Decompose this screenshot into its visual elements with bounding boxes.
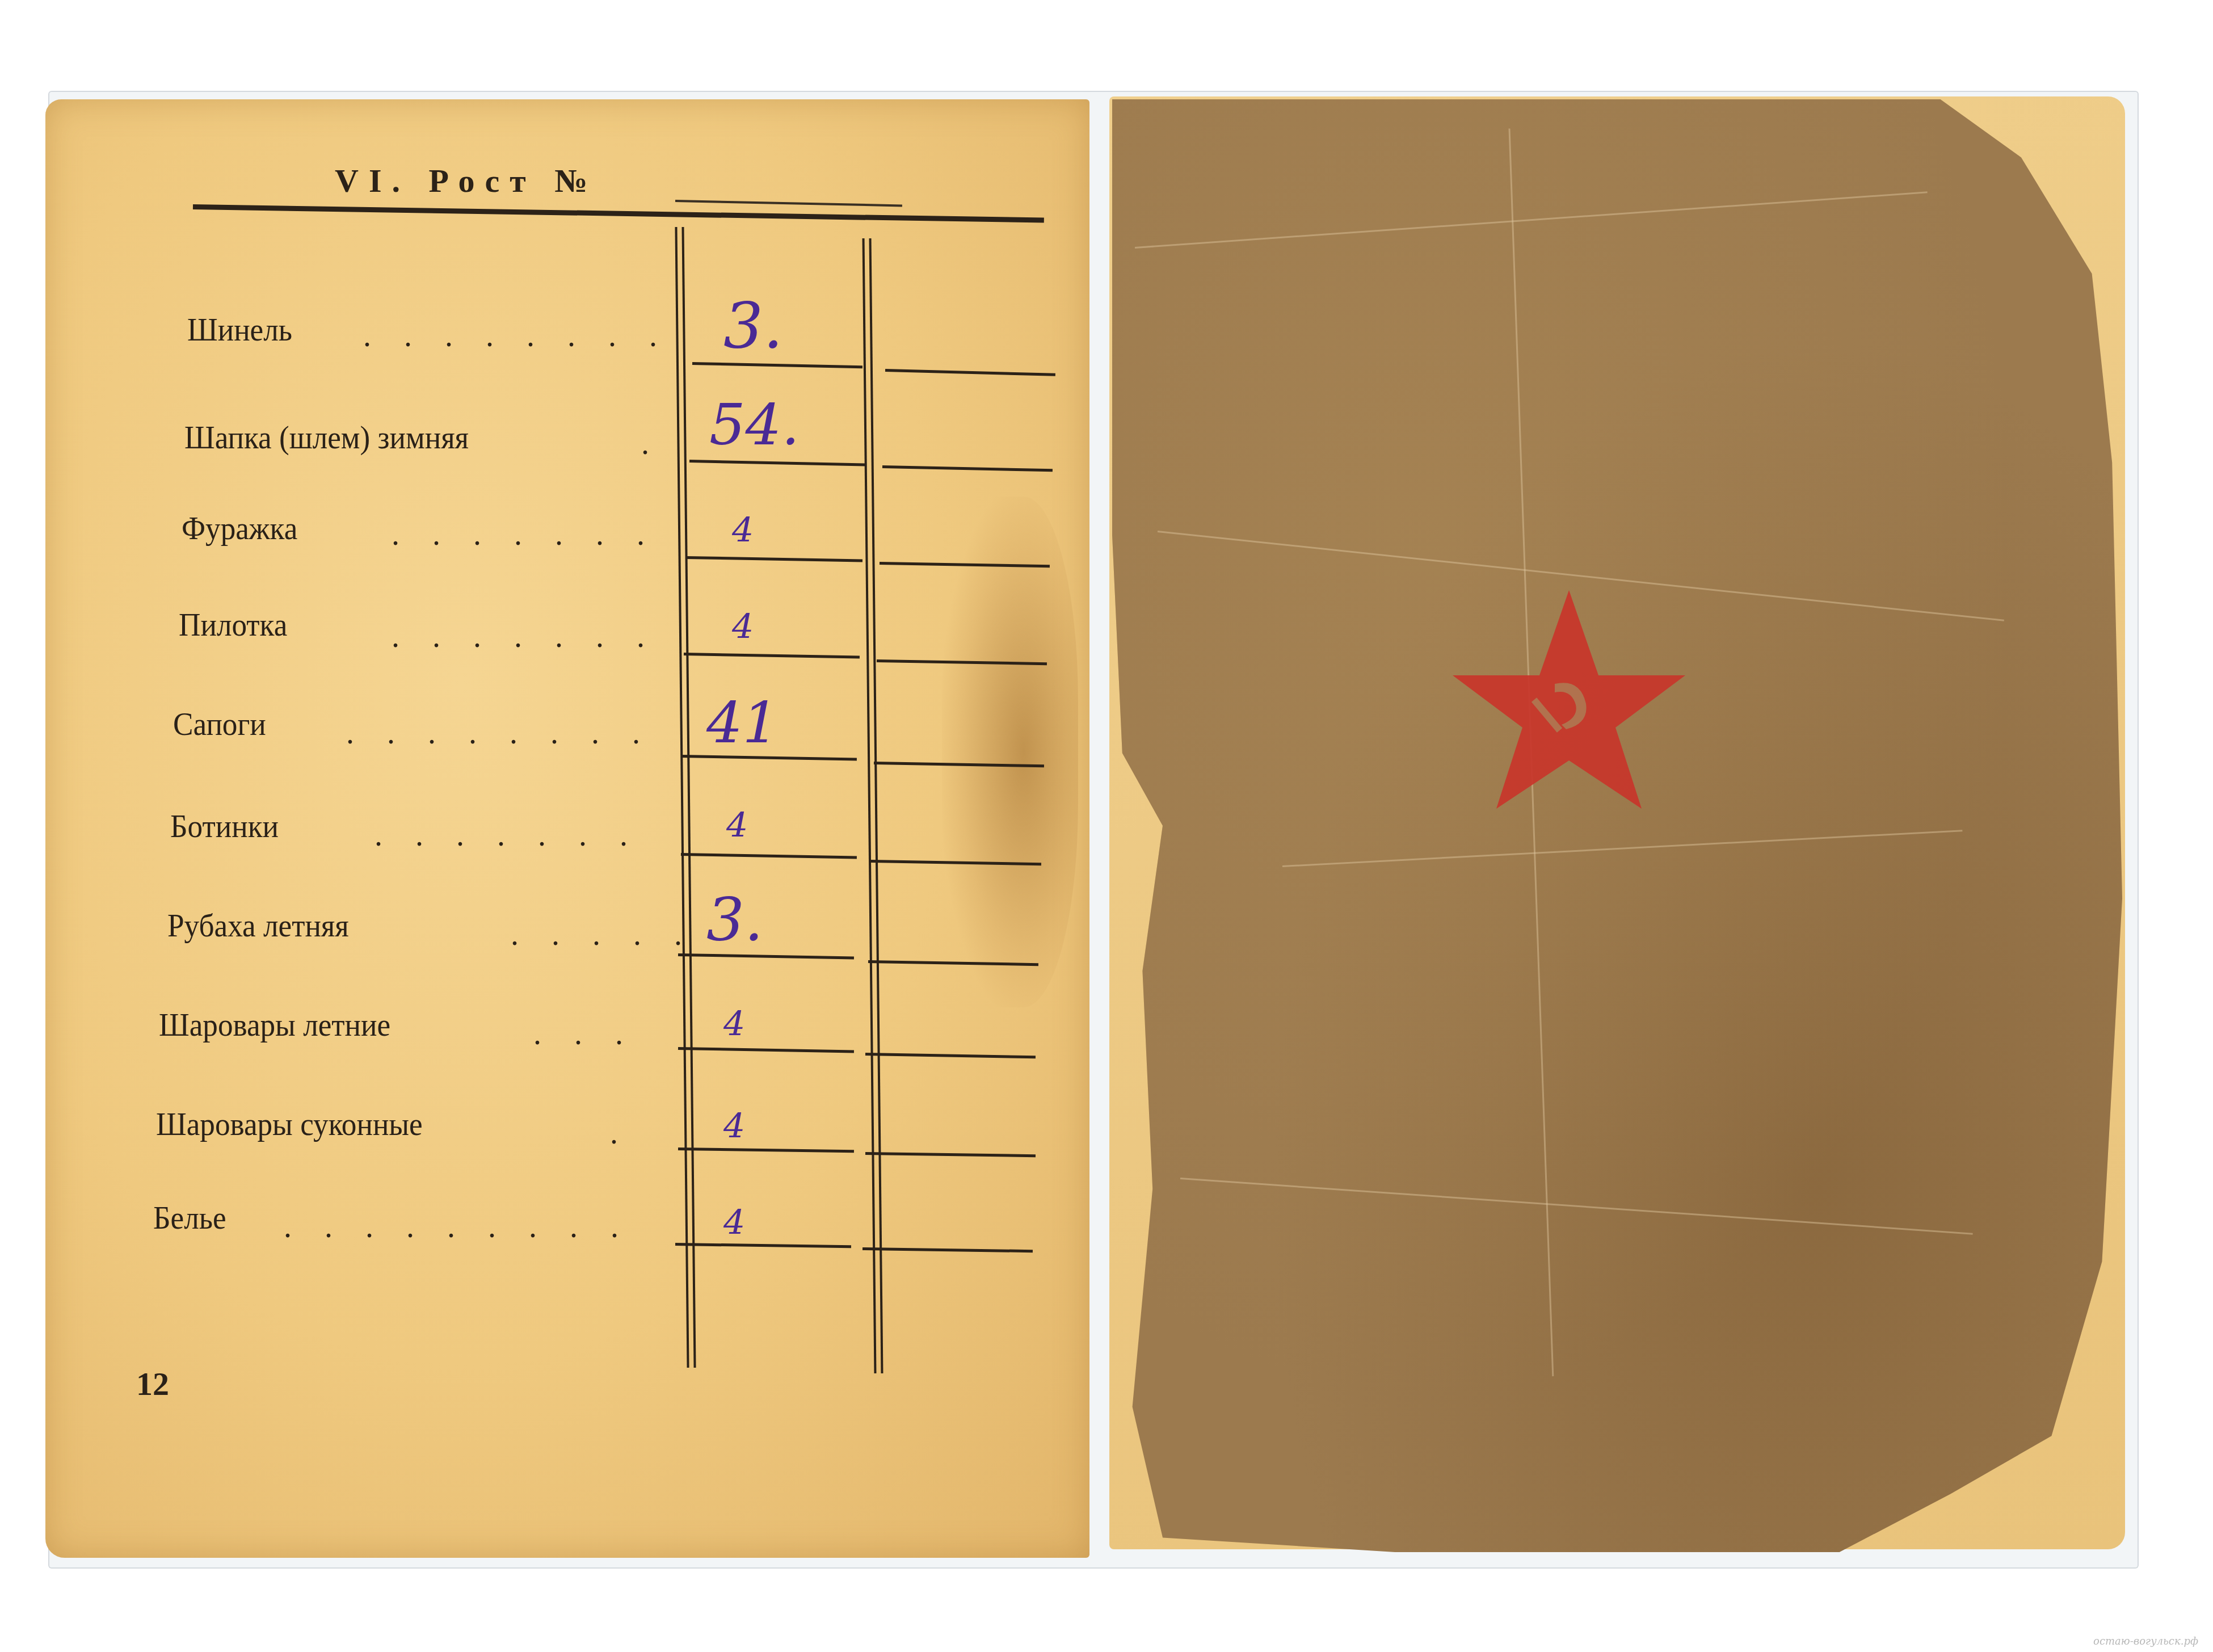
item-label: Шаровары летние bbox=[159, 1007, 390, 1044]
item-size-value: 54. bbox=[709, 392, 800, 458]
value-line bbox=[868, 960, 1038, 966]
leader-dots: . . . . . . . . bbox=[346, 715, 653, 751]
table-row: Рубаха летняя . . . . . 3. bbox=[0, 891, 1078, 976]
item-label: Сапоги bbox=[173, 707, 266, 743]
leader-dots: . . . . . . . . . bbox=[284, 1209, 631, 1245]
table-row: Шаровары летние . . . 4 bbox=[0, 990, 1078, 1075]
leader-dots: . bbox=[610, 1115, 630, 1151]
leader-dots: . bbox=[641, 426, 662, 462]
item-size-value: 4 bbox=[726, 806, 748, 846]
leader-dots: . . . . . bbox=[511, 917, 695, 953]
item-size-value: 4 bbox=[723, 1203, 745, 1243]
item-label: Пилотка bbox=[179, 607, 287, 644]
value-line bbox=[678, 953, 854, 959]
table-row: Белье . . . . . . . . . 4 bbox=[0, 1186, 1078, 1271]
leader-dots: . . . bbox=[533, 1016, 636, 1052]
item-label: Ботинки bbox=[170, 809, 279, 845]
item-label: Шинель bbox=[187, 312, 292, 348]
value-line bbox=[880, 562, 1050, 568]
item-size-value: 4 bbox=[732, 511, 754, 550]
item-size-value: 4 bbox=[723, 1107, 745, 1146]
item-label: Шаровары суконные bbox=[156, 1107, 423, 1143]
cover-crease bbox=[1135, 191, 1928, 249]
item-label: Фуражка bbox=[182, 511, 297, 547]
cover-crease bbox=[1282, 830, 1963, 867]
value-line bbox=[675, 1243, 851, 1248]
watermark: остаю-вогульск.рф bbox=[2093, 1636, 2198, 1647]
value-line bbox=[865, 1152, 1036, 1157]
value-line bbox=[678, 1047, 854, 1053]
item-size-value: 4 bbox=[723, 1004, 745, 1044]
value-line bbox=[678, 1147, 854, 1153]
table-row: Шаровары суконные . 4 bbox=[0, 1090, 1078, 1175]
leader-dots: . . . . . . . bbox=[392, 516, 657, 553]
item-label: Рубаха летняя bbox=[167, 908, 349, 944]
leader-dots: . . . . . . . bbox=[375, 817, 640, 854]
value-line bbox=[885, 369, 1055, 376]
cover-crease bbox=[1180, 1178, 1973, 1235]
section-heading: VI. Рост № bbox=[335, 162, 598, 200]
value-line bbox=[882, 465, 1053, 472]
value-line bbox=[681, 853, 857, 859]
item-label: Белье bbox=[153, 1200, 226, 1237]
value-line bbox=[871, 860, 1041, 865]
value-line bbox=[863, 1247, 1033, 1252]
table-row: Сапоги . . . . . . . . 41 bbox=[0, 692, 1078, 777]
item-size-value: 41 bbox=[706, 690, 779, 756]
page-number: 12 bbox=[136, 1365, 169, 1403]
table-row: Ботинки . . . . . . . 4 bbox=[0, 792, 1078, 877]
leader-dots: . . . . . . . bbox=[392, 619, 657, 655]
red-star-hammer-sickle-icon bbox=[1450, 585, 1688, 812]
value-line bbox=[692, 362, 863, 368]
item-size-value: 4 bbox=[732, 607, 754, 647]
value-line bbox=[877, 659, 1047, 665]
item-label: Шапка (шлем) зимняя bbox=[184, 420, 469, 456]
table-row: Фуражка . . . . . . . 4 bbox=[0, 494, 1078, 579]
table-row: Шапка (шлем) зимняя . 54. bbox=[0, 392, 1078, 477]
value-line bbox=[689, 460, 865, 466]
leader-dots: . . . . . . . . bbox=[363, 318, 670, 354]
value-line bbox=[687, 556, 863, 562]
item-size-value: 3. bbox=[723, 289, 783, 362]
value-line bbox=[865, 1053, 1036, 1058]
table-row: Пилотка . . . . . . . 4 bbox=[0, 596, 1078, 681]
table-row: Шинель . . . . . . . . 3. bbox=[0, 295, 1078, 380]
value-line bbox=[874, 762, 1044, 767]
booklet-cover bbox=[1112, 99, 2122, 1552]
item-size-value: 3. bbox=[706, 885, 763, 955]
value-line bbox=[684, 653, 860, 658]
